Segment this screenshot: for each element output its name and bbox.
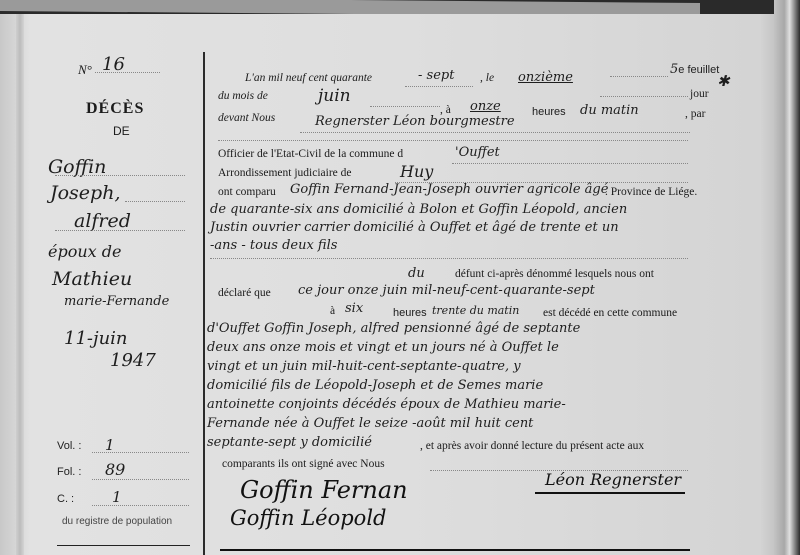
line4-print: Officier de l'Etat-Civil de la commune d (218, 148, 403, 160)
vol-label: Vol. : (57, 440, 81, 452)
line7-hand: de quarante-six ans domicilié à Bolon et… (210, 202, 627, 217)
line17-hand: antoinette conjoints décédés époux de Ma… (207, 397, 566, 412)
line1-print: L'an mil neuf cent quarante (245, 72, 372, 84)
record-number-label: N° (78, 62, 92, 78)
line15-hand: vingt et un juin mil-huit-cent-septante-… (207, 359, 521, 374)
line19-hand: septante-sept y domicilié (207, 435, 372, 450)
feuillet-text: e feuillet (678, 64, 719, 76)
spouse-firstname: marie-Fernande (64, 294, 169, 309)
line8-hand: Justin ouvrier carrier domicilié à Ouffe… (210, 220, 619, 235)
line2-print: du mois de (218, 90, 268, 102)
line11-date-hand: ce jour onze juin mil-neuf-cent-quarante… (298, 283, 595, 298)
line12-a: à (330, 305, 335, 317)
signature-witness2: Goffin Léopold (230, 506, 386, 530)
line3-print: devant Nous (218, 112, 275, 124)
death-date-day: 11-juin (64, 328, 128, 349)
line12-heures: heures (393, 307, 427, 319)
line5-arrondissement-hand: Huy (400, 162, 433, 181)
record-title: DÉCÈS (86, 100, 144, 118)
registry-note: du registre de population (62, 516, 172, 527)
line2-hour-hand: onze (470, 99, 501, 114)
c-value: 1 (112, 488, 122, 506)
spouse-relation: époux de (48, 242, 121, 261)
line16-hand: domicilié fils de Léopold-Joseph et de S… (207, 378, 543, 393)
line10-du-hand: du (408, 266, 425, 281)
line20-print: comparants ils ont signé avec Nous (222, 458, 385, 470)
line2-month-hand: juin (318, 86, 351, 106)
line13-hand: d'Ouffet Goffin Joseph, alfred pensionné… (207, 321, 580, 336)
line19-print: , et après avoir donné lecture du présen… (420, 440, 644, 452)
line2-heures: heures (532, 106, 566, 118)
fol-value: 89 (105, 460, 125, 479)
line1-day-hand: onzième (518, 70, 573, 85)
signature-witness1: Goffin Fernan (240, 476, 408, 504)
page-stack-edge (774, 0, 800, 555)
line3-officer-hand: Regnerster Léon bourgmestre (315, 114, 515, 129)
line6-comparant-hand: Goffin Fernand-Jean-Joseph ouvrier agric… (290, 182, 608, 197)
feuillet-label: 5e feuillet (670, 62, 719, 77)
line6-print: ont comparu (218, 186, 276, 198)
line4-commune-hand: 'Ouffet (455, 145, 500, 160)
binding-spine (16, 14, 24, 555)
line14-hand: deux ans onze mois et vingt et un jours … (207, 340, 559, 355)
line5-print: Arrondissement judiciaire de (218, 167, 352, 179)
line12-print: est décédé en cette commune (543, 307, 677, 319)
signature-officer: Léon Regnerster (545, 470, 681, 489)
line9-hand: -ans - tous deux fils (210, 238, 337, 253)
fol-label: Fol. : (57, 466, 81, 478)
c-label: C. : (57, 493, 74, 505)
asterisk-mark: ✱ (717, 72, 730, 90)
line10-print: défunt ci-après dénommé lesquels nous on… (455, 268, 654, 280)
deceased-middlename: alfred (74, 210, 131, 232)
line2-par: , par (685, 108, 705, 120)
line1-le: , le (480, 72, 494, 84)
line12-time-hand: trente du matin (432, 304, 519, 317)
death-date-year: 1947 (110, 350, 156, 371)
province-label: . Province de Liége. (605, 186, 697, 198)
record-de: DE (113, 124, 130, 138)
line18-hand: Fernande née à Ouffet le seize -août mil… (207, 416, 533, 431)
line11-print: déclaré que (218, 287, 271, 299)
margin-divider (203, 52, 205, 555)
spouse-surname: Mathieu (52, 268, 132, 290)
line2-time-hand: du matin (580, 103, 639, 118)
line12-hour-hand: six (345, 301, 363, 316)
jour-label: jour (690, 88, 709, 100)
deceased-firstname: Joseph, (50, 182, 121, 204)
line1-year-hand: - sept (418, 68, 454, 83)
